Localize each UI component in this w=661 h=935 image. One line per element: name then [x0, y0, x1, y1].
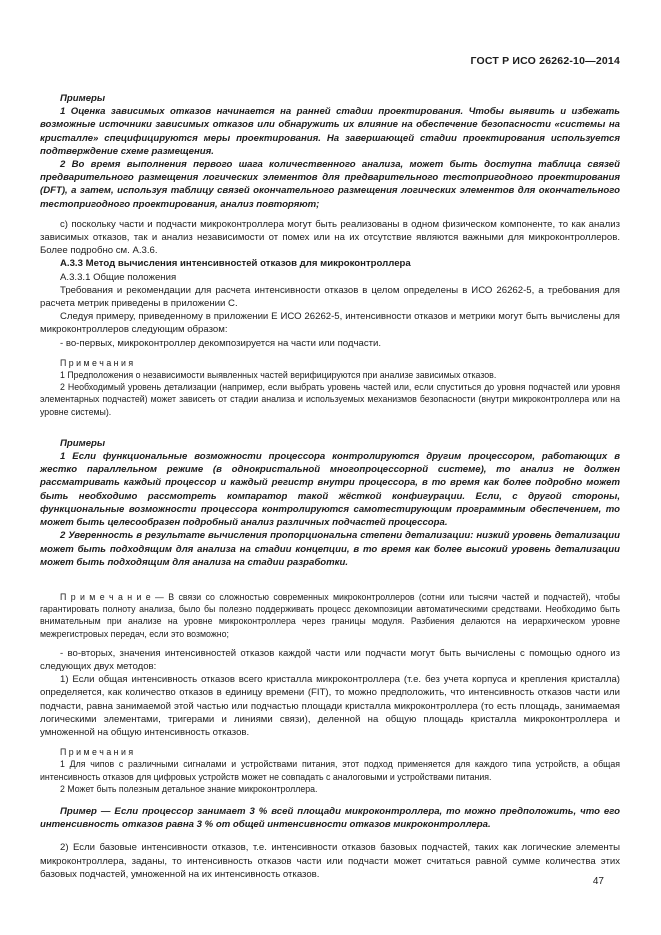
notes-block-2-item-2: 2 Может быть полезным детальное знание м… — [40, 783, 620, 795]
paragraph-requirements: Требования и рекомендации для расчета ин… — [40, 284, 620, 310]
notes-block-2-item-1: 1 Для чипов с различными сигналами и уст… — [40, 758, 620, 782]
examples-block-1-title: Примеры — [40, 92, 620, 105]
standard-number: ГОСТ Р ИСО 26262-10—2014 — [470, 55, 620, 67]
section-heading-a33: А.3.3 Метод вычисления интенсивностей от… — [40, 257, 620, 270]
subsection-heading-a331: А.3.3.1 Общие положения — [40, 271, 620, 284]
document-footer: 47 — [593, 876, 604, 887]
notes-block-1-item-2: 2 Необходимый уровень детализации (напри… — [40, 381, 620, 418]
method-1-paragraph: 1) Если общая интенсивность отказов всег… — [40, 673, 620, 739]
examples-block-2-item-1: 1 Если функциональные возможности процес… — [40, 450, 620, 529]
notes-block-2-title: П р и м е ч а н и я — [40, 746, 620, 758]
list-item-first: - во-первых, микроконтроллер декомпозиру… — [40, 337, 620, 350]
method-2-paragraph: 2) Если базовые интенсивности отказов, т… — [40, 841, 620, 881]
document-header: ГОСТ Р ИСО 26262-10—2014 — [40, 55, 620, 67]
document-page: ГОСТ Р ИСО 26262-10—2014 Примеры 1 Оценк… — [0, 0, 661, 935]
notes-block-1-item-1: 1 Предположения о независимости выявленн… — [40, 369, 620, 381]
single-note: П р и м е ч а н и е — В связи со сложнос… — [40, 591, 620, 640]
examples-block-2-item-2: 2 Уверенность в результате вычисления пр… — [40, 529, 620, 569]
examples-block-2-title: Примеры — [40, 437, 620, 450]
examples-block-1-item-2: 2 Во время выполнения первого шага колич… — [40, 158, 620, 211]
examples-block-1-item-1: 1 Оценка зависимых отказов начинается на… — [40, 105, 620, 158]
page-number: 47 — [593, 876, 604, 887]
paragraph-following-example: Следуя примеру, приведенному в приложени… — [40, 310, 620, 336]
list-item-c: с) поскольку части и подчасти микроконтр… — [40, 218, 620, 258]
list-item-second: - во-вторых, значения интенсивностей отк… — [40, 647, 620, 673]
notes-block-1-title: П р и м е ч а н и я — [40, 357, 620, 369]
single-example: Пример — Если процессор занимает 3 % все… — [40, 805, 620, 831]
document-content: Примеры 1 Оценка зависимых отказов начин… — [40, 92, 620, 881]
